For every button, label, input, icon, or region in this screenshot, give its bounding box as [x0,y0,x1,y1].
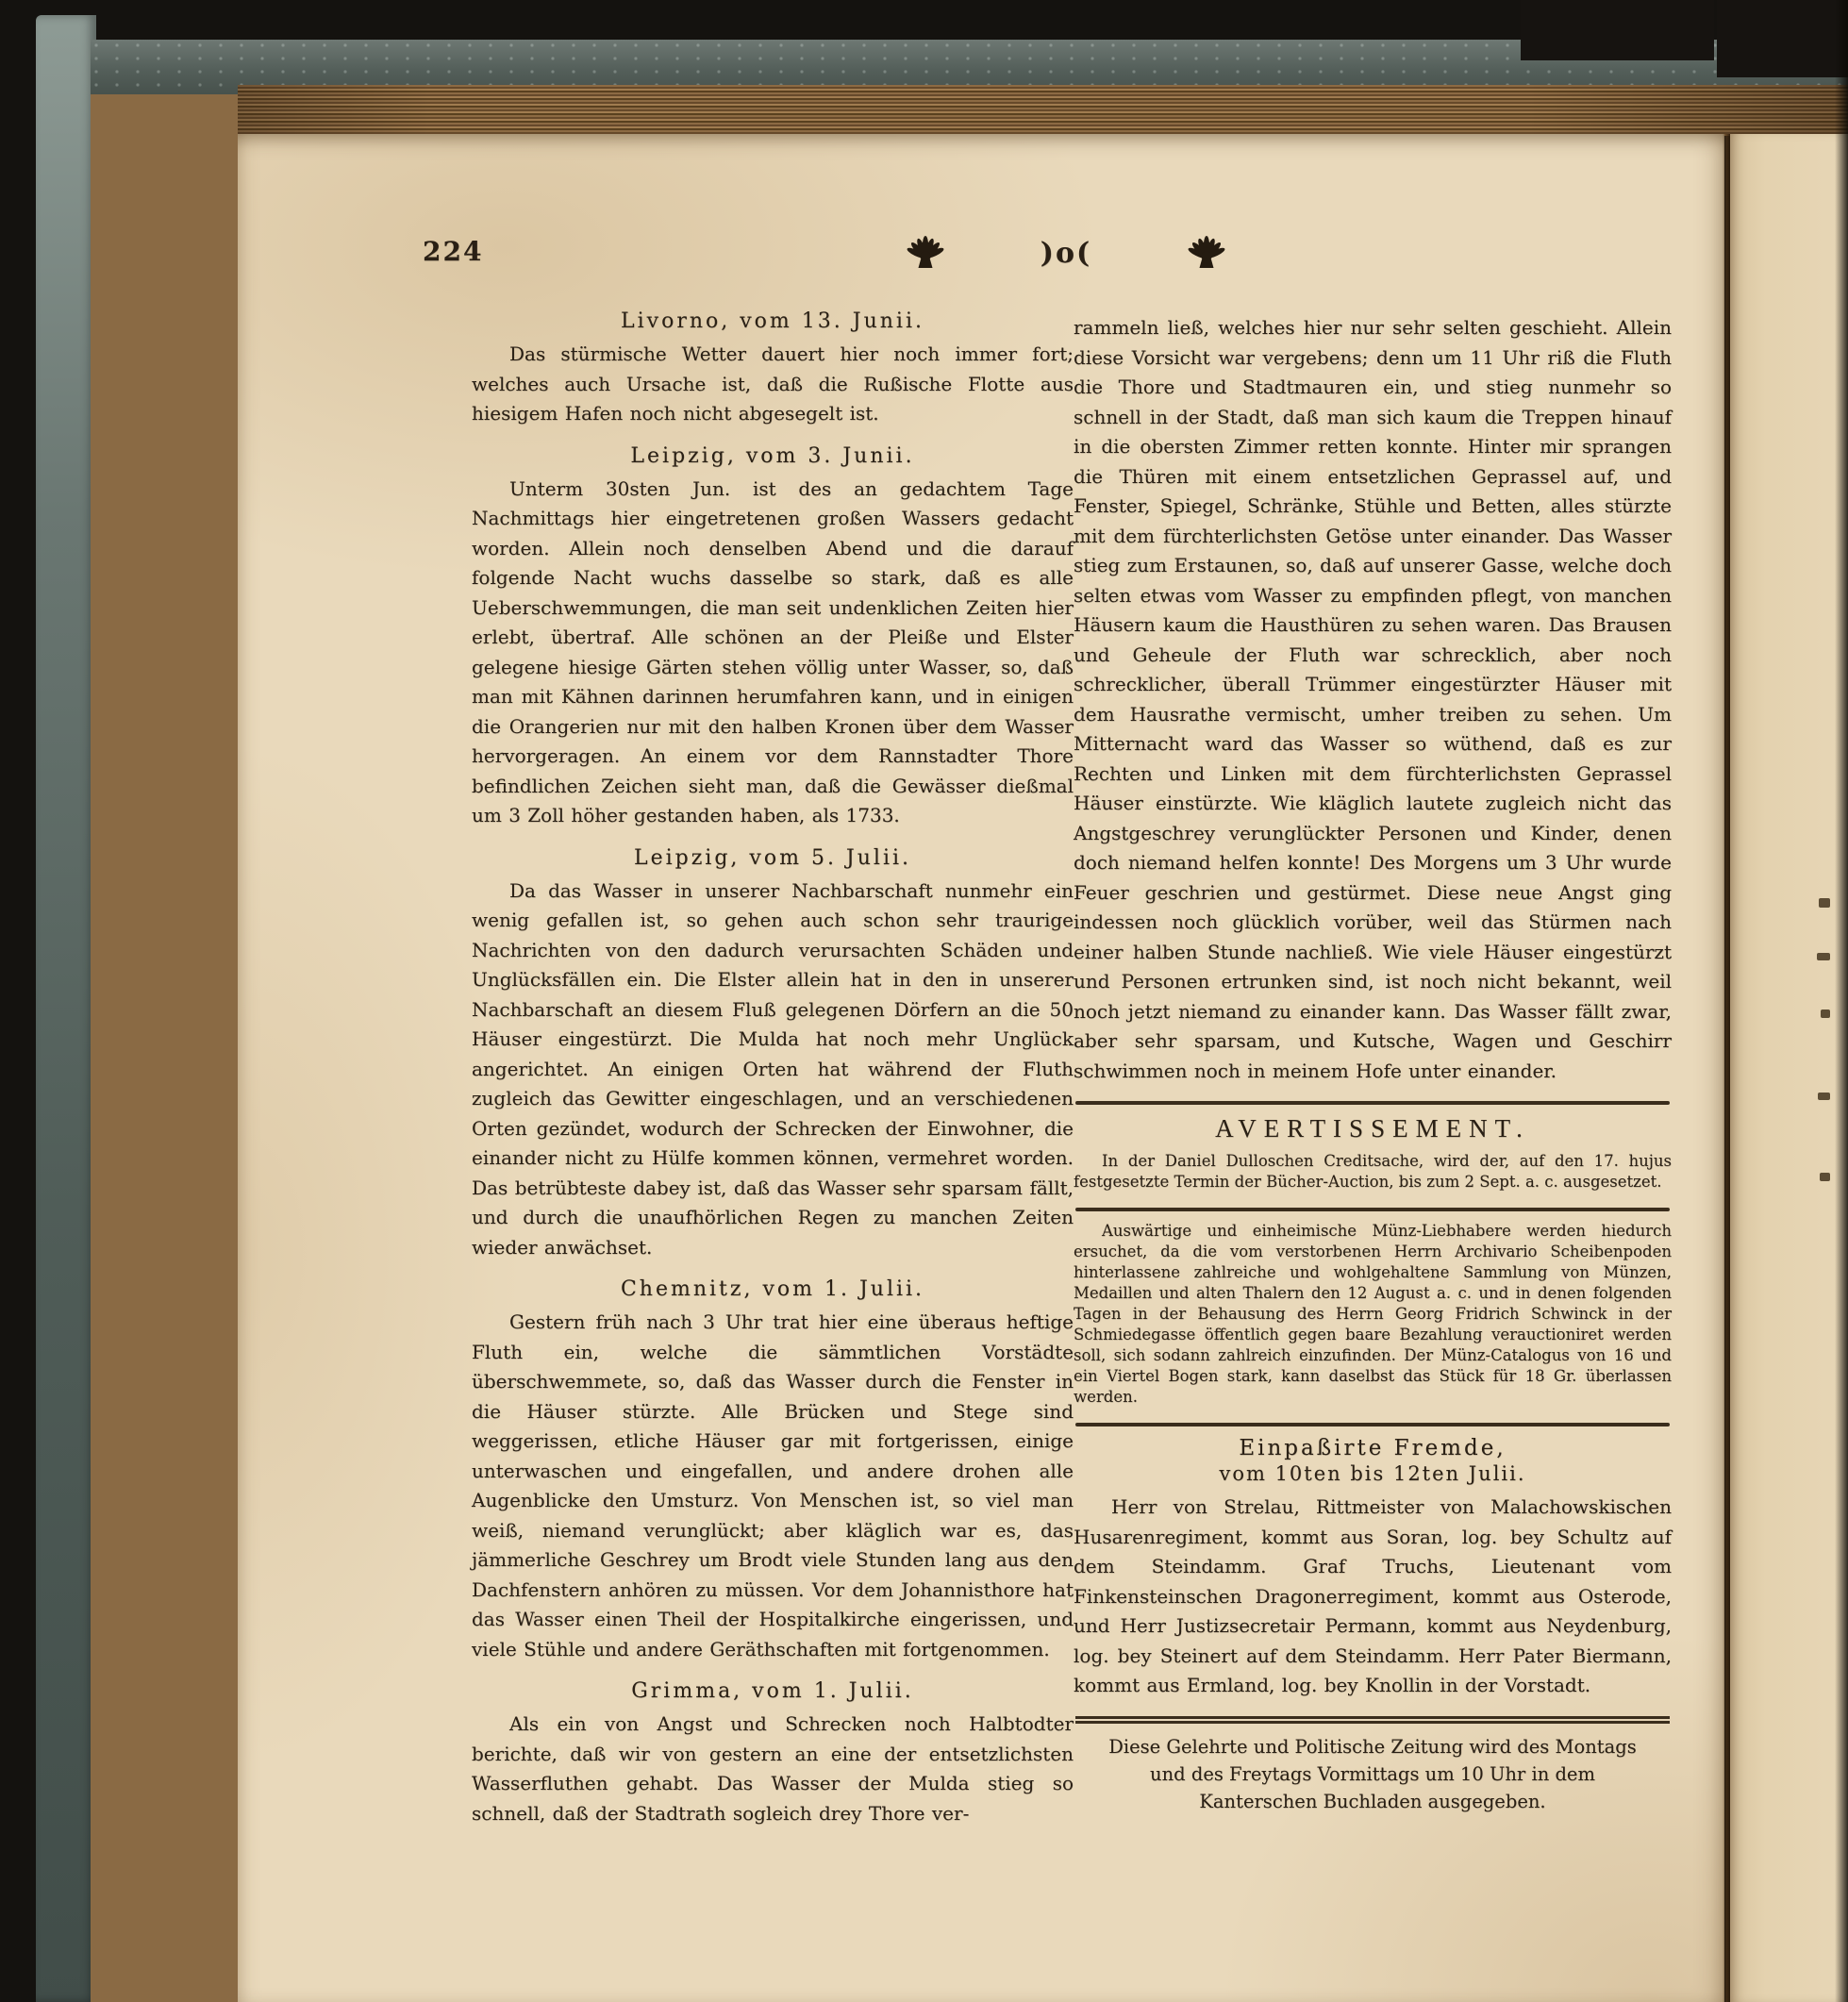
left-column: Livorno, vom 13. Junii. Das stürmische W… [472,309,1074,1828]
article-heading: Chemnitz, vom 1. Julii. [472,1277,1074,1301]
section-rule [1075,1423,1670,1426]
article-body: Unterm 30sten Jun. ist des an gedachtem … [472,475,1074,831]
article-leipzig-3-junii: Leipzig, vom 3. Junii. Unterm 30sten Jun… [472,444,1074,831]
page-edge-mark [1821,1009,1830,1018]
colophon: Diese Gelehrte und Politische Zeitung wi… [1074,1733,1672,1815]
section-rule-double [1075,1716,1670,1724]
page-edge-mark [1820,1173,1830,1181]
article-body: Als ein von Angst und Schrecken noch Hal… [472,1710,1074,1828]
arrivals-heading: Einpaßirte Fremde, [1074,1436,1672,1460]
newspaper-page: 224 )o( [238,134,1724,2002]
page-fore-edge-top [238,85,1848,136]
page-number: 224 [423,236,483,267]
book-cover-edge-left [36,15,96,2002]
arrivals-body: Herr von Strelau, Rittmeister von Malach… [1074,1493,1672,1701]
article-grimma: Grimma, vom 1. Julii. Als ein von Angst … [472,1679,1074,1828]
article-heading: Grimma, vom 1. Julii. [472,1679,1074,1703]
book-scan-scene: 224 )o( [0,0,1848,2002]
article-heading: Leipzig, vom 3. Junii. [472,444,1074,468]
section-rule [1075,1208,1670,1211]
header-ornaments: )o( [904,234,1228,272]
header-separator: )o( [1041,237,1091,270]
article-heading: Livorno, vom 13. Junii. [472,309,1074,333]
article-body: Da das Wasser in unserer Nachbarschaft n… [472,876,1074,1263]
binding-strap-top-right [1521,0,1714,60]
article-heading: Leipzig, vom 5. Julii. [472,846,1074,870]
article-body: Das stürmische Wetter dauert hier noch i… [472,340,1074,429]
arrivals-date-range: vom 10ten bis 12ten Julii. [1074,1462,1672,1485]
article-chemnitz: Chemnitz, vom 1. Julii. Gestern früh nac… [472,1277,1074,1664]
colophon-line: Diese Gelehrte und Politische Zeitung wi… [1074,1733,1672,1760]
page-edge-mark [1819,898,1830,908]
next-page-edge [1730,134,1848,2002]
coin-auction-notice: Auswärtige und einheimische Münz-Liebhab… [1074,1221,1672,1408]
page-edge-mark [1818,1093,1830,1100]
floral-ornament-icon [1185,234,1228,272]
grimma-continuation-text: rammeln ließ, welches hier nur sehr selt… [1074,313,1672,1086]
colophon-line: und des Freytags Vormittags um 10 Uhr in… [1074,1760,1672,1788]
binding-strap-top-corner [1717,0,1848,77]
article-livorno: Livorno, vom 13. Junii. Das stürmische W… [472,309,1074,429]
page-stack-left-fore-edge [91,49,241,2002]
page-gutter-shadow [1723,134,1730,2002]
page-edge-mark [1817,953,1830,960]
avertissement-body: In der Daniel Dulloschen Creditsache, wi… [1074,1151,1672,1193]
avertissement-heading: AVERTISSEMENT. [1074,1114,1672,1143]
right-column: rammeln ließ, welches hier nur sehr selt… [1074,313,1672,1815]
article-body: Gestern früh nach 3 Uhr trat hier eine ü… [472,1308,1074,1664]
scan-right-edge [1835,0,1848,2002]
article-leipzig-5-julii: Leipzig, vom 5. Julii. Da das Wasser in … [472,846,1074,1263]
floral-ornament-icon [904,234,947,272]
colophon-line: Kanterschen Buchladen ausgegeben. [1074,1788,1672,1815]
section-rule [1075,1101,1670,1105]
